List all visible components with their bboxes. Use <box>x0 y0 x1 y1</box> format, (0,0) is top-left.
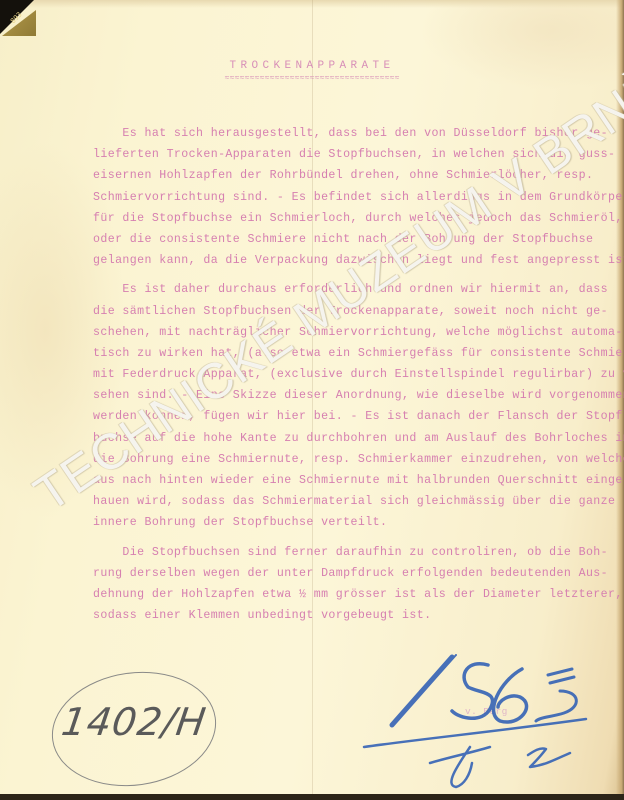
text-line: für die Stopfbuchse ein Schmierloch, dur… <box>93 208 613 229</box>
text-line: schehen, mit nachträglicher Schmiervorri… <box>93 322 613 343</box>
text-line: hauen wird, sodass das Schmiermaterial s… <box>93 491 613 512</box>
text-line: innere Bohrung der Stopfbuchse verteilt. <box>93 512 613 533</box>
paragraph-gap <box>93 534 613 542</box>
text-line: dehnung der Hohlzapfen etwa ½ mm grösser… <box>93 584 613 605</box>
text-line: die Bohrung eine Schmiernute, resp. Schm… <box>93 449 613 470</box>
text-line: rung derselben wegen der unter Dampfdruc… <box>93 563 613 584</box>
text-line: oder die consistente Schmiere nicht nach… <box>93 229 613 250</box>
text-line: sodass einer Klemmen unbedingt vorgebeug… <box>93 605 613 626</box>
title-underline: ≈≈≈≈≈≈≈≈≈≈≈≈≈≈≈≈≈≈≈≈≈≈≈≈≈≈≈≈≈≈≈≈≈≈≈ <box>0 74 624 83</box>
blue-crayon-annotation <box>360 635 600 795</box>
paper-bottom-edge <box>0 794 624 800</box>
document-page: 893 TROCKENAPPARATE ≈≈≈≈≈≈≈≈≈≈≈≈≈≈≈≈≈≈≈≈… <box>0 0 624 800</box>
document-title: TROCKENAPPARATE <box>0 60 624 72</box>
text-line: Die Stopfbuchsen sind ferner daraufhin z… <box>93 542 613 563</box>
text-line: tisch zu wirken hat, (also etwa ein Schm… <box>93 343 613 364</box>
pencil-archive-number: 1402/H <box>59 700 209 744</box>
text-line: aus nach hinten wieder eine Schmiernute … <box>93 470 613 491</box>
